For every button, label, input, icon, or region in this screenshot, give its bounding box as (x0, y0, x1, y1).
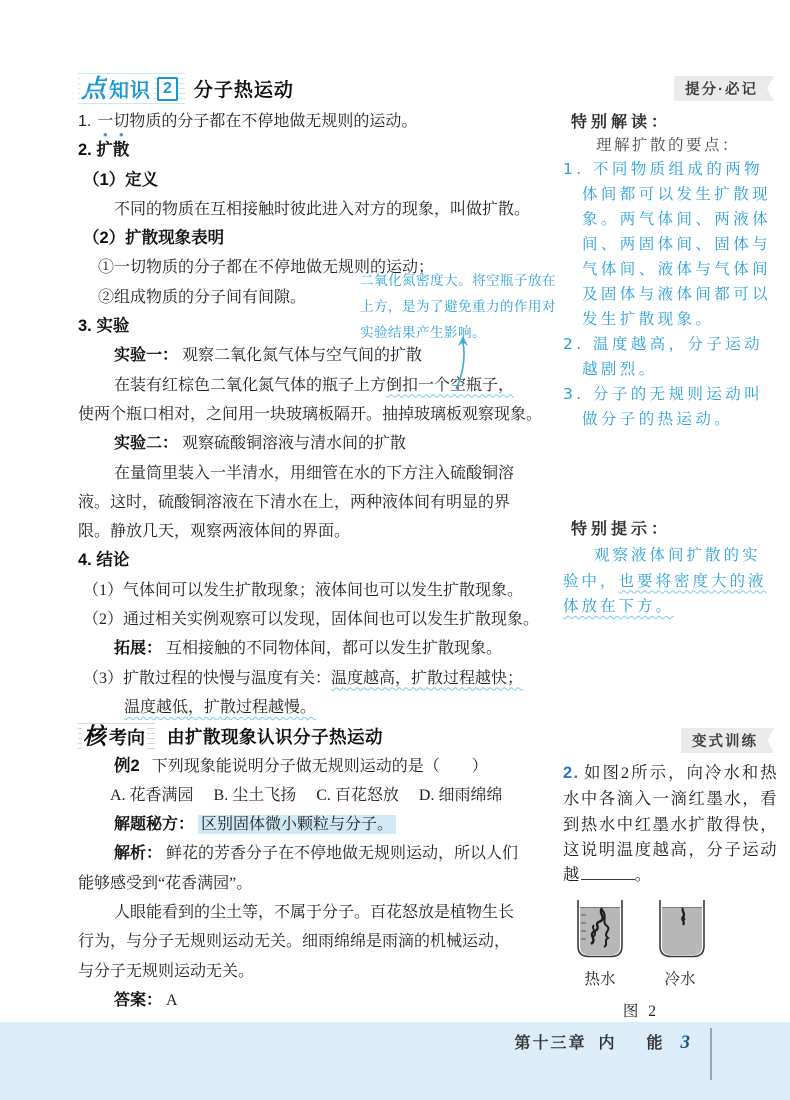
beakers-illustration (575, 899, 707, 959)
analysis-label: 解析： (114, 845, 162, 862)
figure-2: 热水 冷水 图 2 (575, 899, 707, 1021)
text-line: 在量筒里装入一半清水，用细管在水的下方注入硫酸铜溶 (78, 459, 562, 488)
analysis-line: 解析：鲜花的芳香分子在不停地做无规则运动，所以人们 (78, 839, 562, 868)
options-line: A. 花香满园 B. 尘土飞扬 C. 百花怒放 D. 细雨绵绵 (78, 781, 562, 810)
text-line: （1）气体间可以发生扩散现象；液体间也可以发生扩散现象。 (78, 576, 562, 605)
text-line: 温度越低，扩散过程越慢。 (78, 693, 562, 722)
page-number: 3 (681, 1032, 691, 1053)
question-text: 如图2所示，向冷水和热水中各滴入一滴红墨水，看到热水中红墨水扩散得快，这说明温度… (563, 763, 778, 884)
text-line: 实验二：观察硫酸铜溶液与清水间的扩散 (78, 429, 562, 458)
wavy-underlined-text: 温度越低，扩散过程越慢。 (124, 699, 316, 716)
emphasized-text: 一切 (97, 113, 129, 130)
wavy-underlined-text: 温度越高，扩散过程越快； (331, 670, 523, 687)
text-line: 拓展：互相接触的不同物体间，都可以发生扩散现象。 (78, 634, 562, 663)
fill-in-blank (581, 868, 635, 880)
hot-water-label: 热水 (576, 967, 624, 989)
text: 。 (635, 865, 653, 884)
text-line: 人眼能看到的尘土等，不属于分子。百花怒放是植物生长 (78, 898, 562, 927)
note-point: 3. 分子的无规则运动叫做分子的热运动。 (563, 382, 778, 432)
text: 鲜花的芳香分子在不停地做无规则运动，所以人们 (166, 845, 518, 862)
knowledge-point-number: 2 (157, 77, 178, 101)
text-line: 使两个瓶口相对，之间用一块玻璃板隔开。抽掉玻璃板观察现象。 (78, 400, 562, 429)
subheading: 2. 扩散 (78, 136, 562, 165)
footer-divider (710, 1028, 712, 1080)
chapter-title: 内 能 (598, 1035, 670, 1052)
exam-direction-header: 核 考向 由扩散现象认识分子热运动 (78, 722, 562, 751)
special-tip-heading: 特别提示： (563, 516, 778, 539)
text: 观察二氧化氮气体与空气间的扩散 (182, 347, 422, 364)
cold-beaker (660, 900, 704, 957)
experiment-label: 实验一： (114, 347, 178, 364)
textbook-page: 点 知识 2 分子热运动 1.一切物质的分子都在不停地做无规则的运动。 2. 扩… (0, 0, 790, 1100)
text-line: 液。这时，硫酸铜溶液在下清水在上，两种液体间有明显的界 (78, 488, 562, 517)
subheading: 4. 结论 (78, 546, 562, 575)
solving-tip-label: 解题秘方： (114, 816, 194, 833)
experiment-label: 实验二： (114, 435, 178, 452)
footer-band: 第十三章内 能3 (0, 1022, 790, 1100)
sidebar-variant-training: 变式训练 2.如图2所示，向冷水和热水中各滴入一滴红墨水，看到热水中红墨水扩散得… (563, 728, 778, 1021)
main-column: 点 知识 2 分子热运动 1.一切物质的分子都在不停地做无规则的运动。 2. 扩… (78, 72, 562, 1015)
list-number: 1. (78, 113, 91, 130)
text: 在装有红棕色二氧化氮气体的瓶子上方 (114, 377, 386, 394)
sidebar-special-tip: 特别提示： 观察液体间扩散的实验中，也要将密度大的液体放在下方。 (563, 508, 778, 620)
figure-caption: 图 2 (575, 999, 707, 1021)
special-interpretation-heading: 特别解读： (563, 109, 778, 132)
highlighted-text: 区别固体微小颗粒与分子。 (198, 815, 396, 834)
text-line: 限。静放几天，观察两液体间的界面。 (78, 517, 562, 546)
knowledge-point-logo: 点 知识 2 (78, 73, 185, 104)
section-title: 分子热运动 (194, 75, 294, 102)
text: 观察硫酸铜溶液与清水间的扩散 (182, 435, 406, 452)
hot-beaker (578, 900, 622, 957)
example-label: 例2 (114, 757, 140, 775)
text: 物质的分子都在不停地做无规则的运动。 (129, 113, 417, 130)
text-line: 1.一切物质的分子都在不停地做无规则的运动。 (78, 107, 562, 136)
text-line: 能够感受到“花香满园”。 (78, 869, 562, 898)
special-tip-text: 观察液体间扩散的实验中，也要将密度大的液体放在下方。 (563, 543, 778, 620)
logo-dot-character: 点 (80, 75, 107, 103)
text-line: 不同的物质在互相接触时彼此进入对方的现象，叫做扩散。 (78, 195, 562, 224)
expansion-label: 拓展： (114, 640, 162, 657)
note-point: 2. 温度越高，分子运动越剧烈。 (563, 332, 778, 382)
footer-text: 第十三章内 能3 (514, 1030, 690, 1054)
logo-word: 考向 (107, 724, 147, 750)
text-line: 行为，与分子无规则运动无关。细雨绵绵是雨滴的机械运动， (78, 927, 562, 956)
answer-line: 答案：A (78, 986, 562, 1015)
text-line: （2）通过相关实例观察可以发现，固体间也可以发生扩散现象。 (78, 605, 562, 634)
subheading: （2）扩散现象表明 (78, 224, 562, 253)
text: 互相接触的不同物体间，都可以发生扩散现象。 (166, 640, 502, 657)
variant-training-badge: 变式训练 (681, 728, 774, 753)
text-line: （3）扩散过程的快慢与温度有关：温度越高，扩散过程越快； (78, 664, 562, 693)
arrow-icon (446, 334, 474, 394)
text: （3）扩散过程的快慢与温度有关： (83, 670, 331, 687)
logo-word: 知识 (107, 74, 153, 103)
cold-water-label: 冷水 (656, 967, 704, 989)
knowledge-point-header: 点 知识 2 分子热运动 (78, 72, 562, 105)
beaker-labels: 热水 冷水 (575, 967, 707, 989)
text-line: 在装有红棕色二氧化氮气体的瓶子上方倒扣一个空瓶子， (78, 371, 562, 400)
variant-question: 2.如图2所示，向冷水和热水中各滴入一滴红墨水，看到热水中红墨水扩散得快，这说明… (563, 760, 778, 887)
exam-direction-title: 由扩散现象认识分子热运动 (167, 724, 383, 749)
interpretation-subtitle: 理解扩散的要点： (563, 133, 778, 157)
question-number: 2. (563, 764, 579, 782)
answer-label: 答案： (114, 992, 162, 1009)
note-point: 1. 不同物质组成的两物体间都可以发生扩散现象。两气体间、两液体间、两固体间、固… (563, 157, 778, 332)
sidebar-must-remember: 提分·必记 特别解读： 理解扩散的要点： 1. 不同物质组成的两物体间都可以发生… (563, 76, 778, 432)
solving-tip-line: 解题秘方：区别固体微小颗粒与分子。 (78, 810, 562, 839)
example-question-line: 例2下列现象能说明分子做无规则运动的是（ ） (78, 752, 562, 781)
subheading: （1）定义 (78, 166, 562, 195)
exam-direction-logo: 核 考向 (78, 723, 155, 751)
logo-brush-character: 核 (82, 724, 107, 749)
chapter-label: 第十三章 (514, 1035, 586, 1052)
question-text: 下列现象能说明分子做无规则运动的是（ ） (152, 758, 488, 775)
text-line: 与分子无规则运动无关。 (78, 957, 562, 986)
answer-value: A (166, 992, 178, 1009)
score-badge: 提分·必记 (674, 76, 774, 101)
